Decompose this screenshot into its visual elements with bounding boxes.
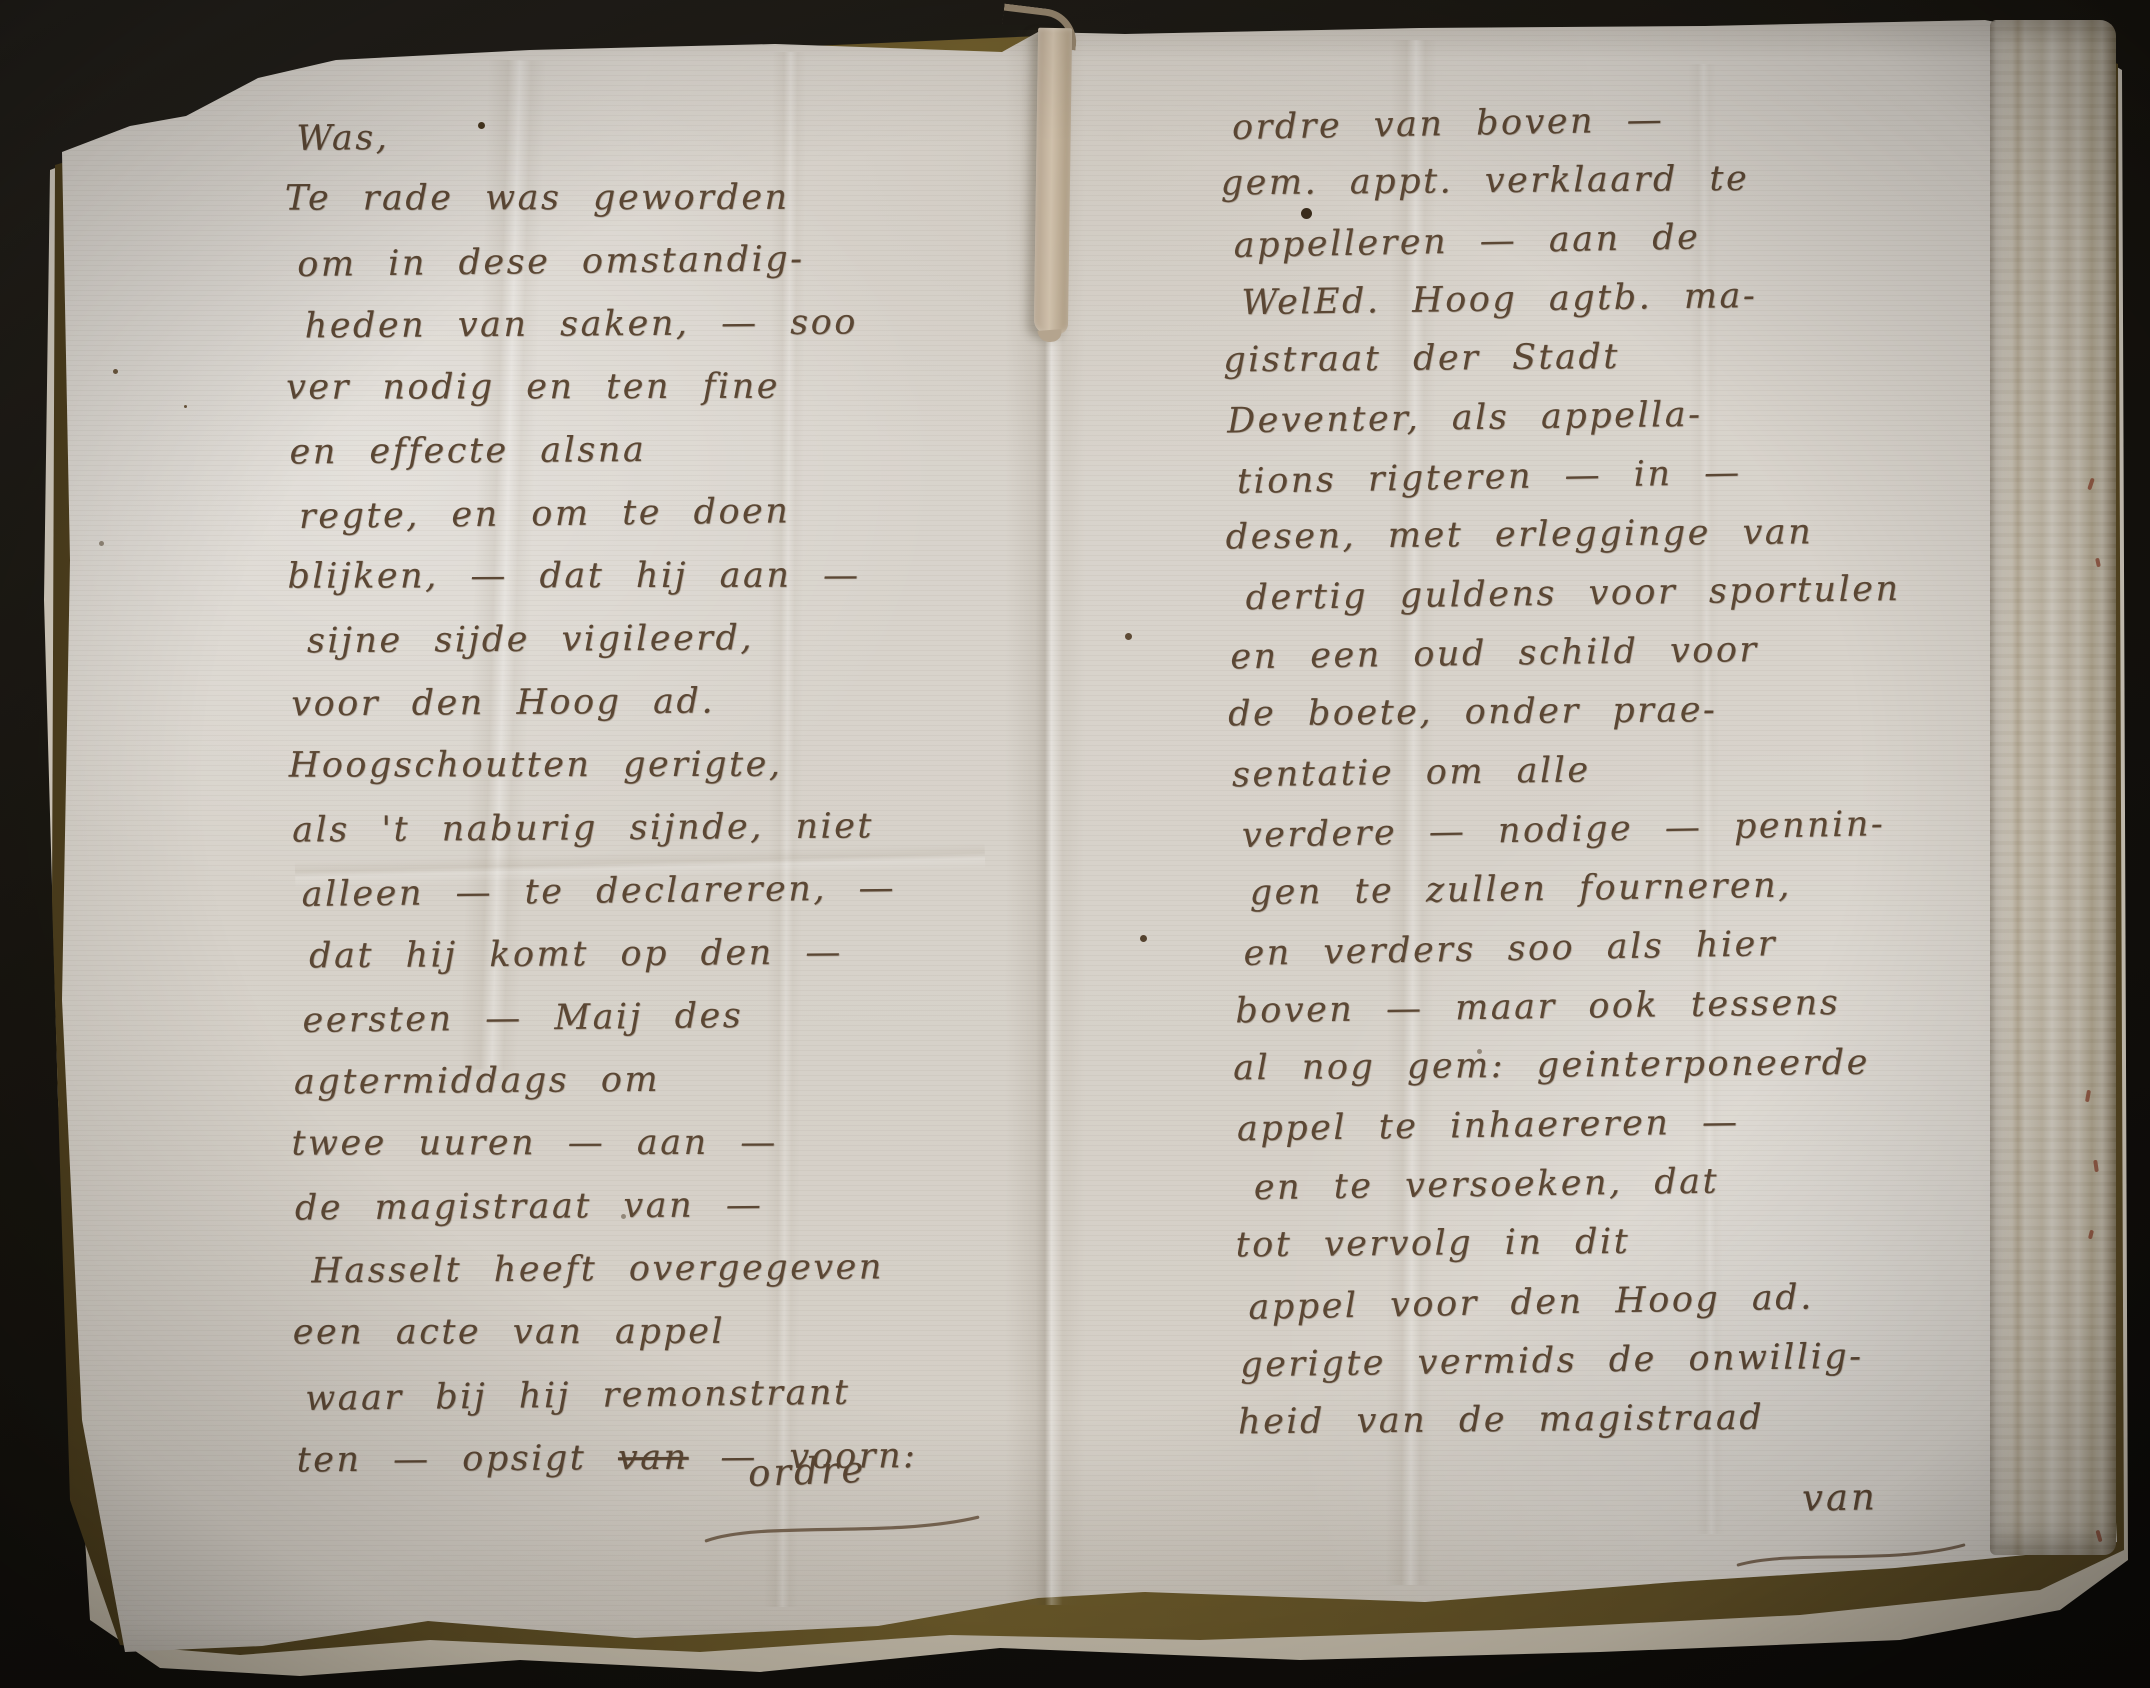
manuscript-line: tions rigteren — in —	[1236, 439, 2012, 512]
manuscript-line: sijne sijde vigileerd,	[307, 605, 1017, 673]
manuscript-line: dertig guldens voor sportulen	[1245, 558, 2021, 628]
archival-photo: Was,Te rade was gewordenom in dese omsta…	[0, 0, 2150, 1688]
manuscript-line: Te rade was geworden	[285, 166, 995, 230]
left-page: Was,Te rade was gewordenom in dese omsta…	[287, 102, 1007, 1493]
manuscript-line: om in dese omstandig-	[297, 226, 1008, 297]
manuscript-line: blijken, — dat hij aan —	[287, 544, 997, 608]
manuscript-line: de boete, onder prae-	[1228, 679, 2003, 745]
manuscript-line: Hasselt heeft overgegeven	[311, 1235, 1021, 1303]
bookmark-ribbon	[1034, 28, 1072, 334]
manuscript-line: agtermiddags om	[294, 1047, 1004, 1115]
manuscript-line: appel te inhaereren —	[1237, 1090, 2013, 1160]
manuscript-line: dat hij komt op den —	[309, 920, 1019, 988]
manuscript-line: boven — maar ook tessens	[1235, 972, 2011, 1042]
manuscript-line: desen, met erlegginge van	[1225, 502, 2000, 568]
manuscript-line: ordre van boven —	[1231, 85, 2007, 158]
manuscript-line: regte, en om te doen	[299, 478, 1010, 549]
manuscript-line: al nog gem: geinterponeerde	[1233, 1033, 2008, 1099]
manuscript-line: gem. appt. verklaard te	[1221, 148, 1996, 214]
catchword: van	[1802, 1475, 1879, 1519]
right-page: ordre van boven —gem. appt. verklaard te…	[1223, 87, 2017, 1455]
manuscript-line: Was,	[296, 100, 1007, 171]
ink-spot	[478, 122, 485, 129]
manuscript-line: alleen — te declareren, —	[301, 856, 1012, 927]
manuscript-line: voor den Hoog ad.	[291, 669, 1001, 737]
manuscript-line: als 't naburig sijnde, niet	[292, 795, 1002, 863]
manuscript-line: de magistraat van —	[295, 1173, 1005, 1241]
manuscript-line: WelEd. Hoog agtb. ma-	[1241, 263, 2017, 333]
left-page-lines: Was,Te rade was gewordenom in dese omsta…	[287, 102, 1007, 1493]
manuscript-line: en effecte alsna	[289, 417, 999, 485]
manuscript-line: Hoogschoutten gerigte,	[289, 733, 999, 797]
right-page-lines: ordre van boven —gem. appt. verklaard te…	[1223, 87, 2017, 1455]
manuscript-line: gistraat der Stadt	[1223, 325, 1998, 391]
manuscript-line: een acte van appel	[293, 1300, 1003, 1364]
manuscript-line: eersten — Maij des	[302, 982, 1013, 1053]
manuscript-line: ten — opsigt van — voorn:	[296, 1425, 1006, 1493]
catchword-flourish-icon	[1732, 1537, 1973, 1573]
manuscript-line: ver nodig en ten fine	[286, 355, 996, 419]
manuscript-line: heden van saken, — soo	[304, 290, 1014, 358]
manuscript-line: heid van de magistraad	[1238, 1387, 2013, 1453]
manuscript-line: en te versoeken, dat	[1253, 1148, 2029, 1218]
manuscript-line: en een oud schild voor	[1230, 618, 2006, 688]
catchword: ordre	[747, 1448, 867, 1495]
manuscript-line: waar bij hij remonstrant	[305, 1360, 1016, 1431]
manuscript-line: twee uuren — aan —	[291, 1111, 1001, 1175]
manuscript-line: tot vervolg in dit	[1235, 1210, 2010, 1276]
manuscript-line: gerigte vermids de onwillig-	[1240, 1326, 2016, 1396]
